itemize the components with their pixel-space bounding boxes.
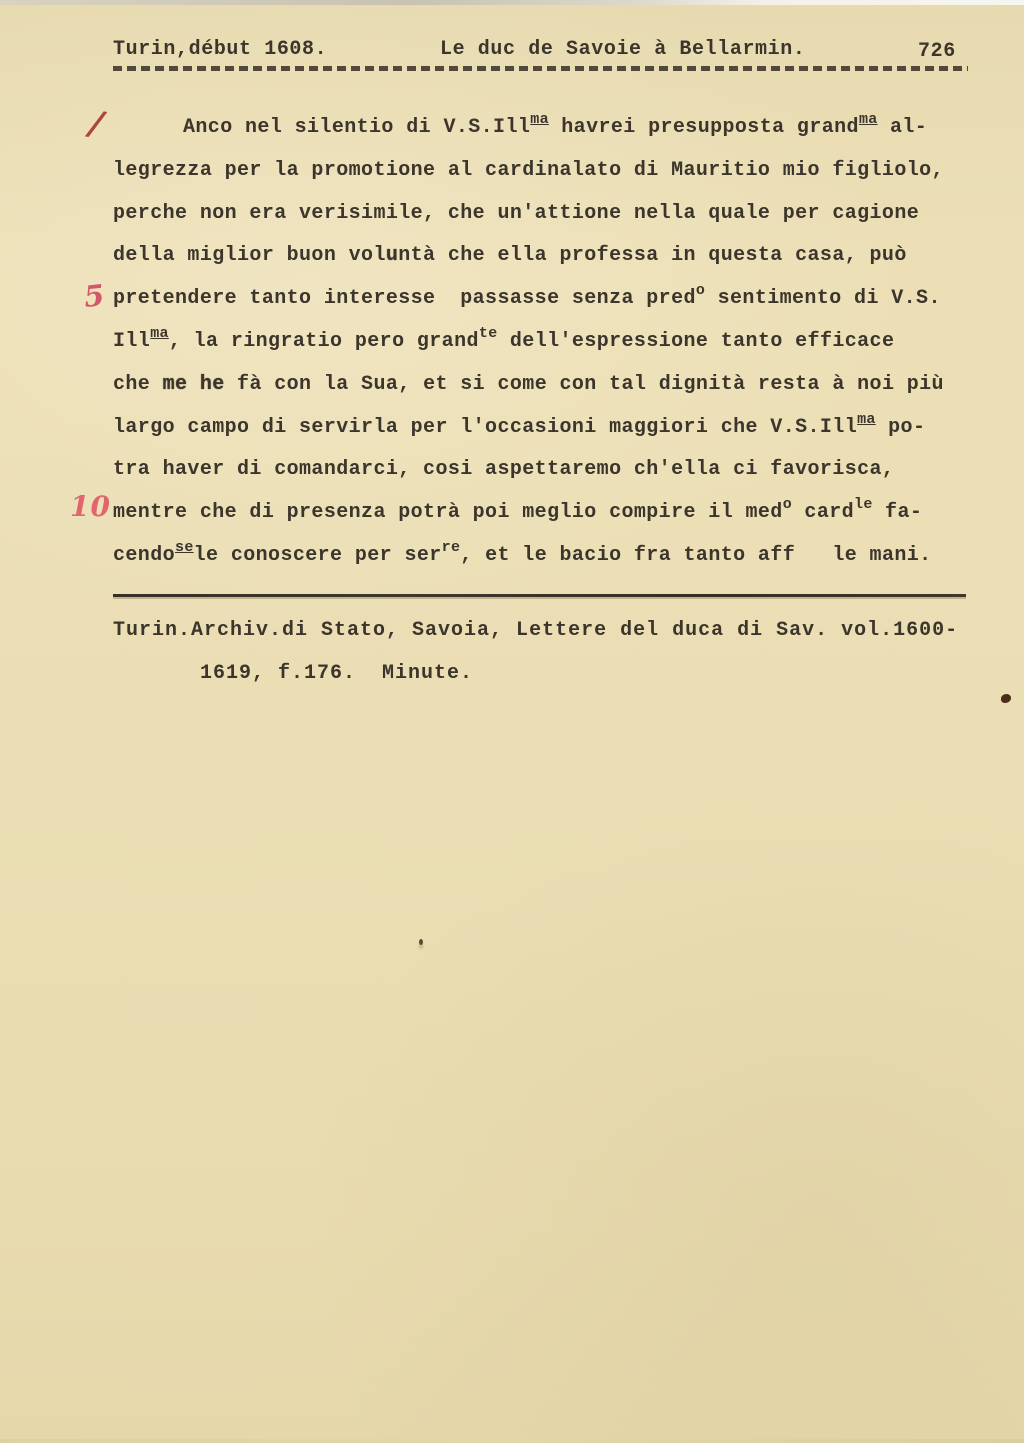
page-number: 726 bbox=[918, 40, 956, 63]
superscript-abbreviation: le bbox=[854, 484, 873, 527]
source-line-2: 1619, f.176. Minute. bbox=[113, 653, 958, 696]
body-line: legrezza per la promotione al cardinalat… bbox=[113, 150, 981, 193]
overstruck-text: me bbox=[163, 373, 188, 396]
body-line: perche non era verisimile, che un'attion… bbox=[113, 193, 981, 236]
document-page: Turin,début 1608. Le duc de Savoie à Bel… bbox=[0, 0, 1024, 1443]
scan-edge-top bbox=[0, 0, 1024, 5]
superscript-abbreviation: ma bbox=[859, 99, 878, 142]
body-text: largo campo di servirla per l'occasioni … bbox=[113, 416, 857, 439]
body-line: tra haver di comandarci, cosi aspettarem… bbox=[113, 449, 981, 492]
margin-line-number: 5 bbox=[82, 278, 106, 314]
body-line: che me he fà con la Sua, et si come con … bbox=[113, 364, 981, 407]
ink-spot bbox=[1001, 694, 1011, 703]
superscript-abbreviation: te bbox=[479, 313, 498, 356]
body-text: fa- bbox=[873, 501, 923, 524]
superscript-abbreviation: ma bbox=[857, 399, 876, 442]
body-text: della miglior buon vol bbox=[113, 244, 386, 267]
body-line: cendosele conoscere per serre, et le bac… bbox=[113, 535, 981, 578]
body-text: tra haver di comandarci, cosi aspettarem… bbox=[113, 458, 894, 481]
margin-line-number: / bbox=[87, 103, 106, 145]
superscript-abbreviation: ma bbox=[530, 99, 549, 142]
scan-edge-bottom bbox=[0, 1439, 1024, 1443]
body-text: ntà che ella professa in questa casa, pu… bbox=[398, 244, 906, 267]
margin-line-number: 10 bbox=[70, 490, 111, 523]
body-text: cendo bbox=[113, 544, 175, 567]
body-text: po- bbox=[876, 416, 926, 439]
body-text: perche non era verisimile, che un'attion… bbox=[113, 202, 919, 225]
body-text: card bbox=[792, 501, 854, 524]
superscript-abbreviation: o bbox=[783, 484, 792, 527]
body-text: dell'espressione tanto efficace bbox=[498, 330, 895, 353]
superscript-abbreviation: re bbox=[442, 527, 461, 570]
header-dateline: Turin,début 1608. bbox=[113, 38, 327, 61]
body-text: le conoscere per ser bbox=[194, 544, 442, 567]
letter-body: Anco nel silentio di V.S.Illma havrei pr… bbox=[113, 107, 981, 578]
ink-speck bbox=[419, 939, 423, 945]
body-text: sentimento di V.S. bbox=[705, 287, 941, 310]
body-line: Illma, la ringratio pero grandte dell'es… bbox=[113, 321, 981, 364]
overstruck-text: he bbox=[200, 373, 225, 396]
body-line: largo campo di servirla per l'occasioni … bbox=[113, 407, 981, 450]
body-text: havrei presupposta grand bbox=[549, 116, 859, 139]
body-text: che bbox=[113, 373, 163, 396]
body-line: mentre che di presenza potrà poi meglio … bbox=[113, 492, 981, 535]
body-text bbox=[187, 373, 199, 396]
body-line: della miglior buon voluntà che ella prof… bbox=[113, 235, 981, 278]
superscript-abbreviation: se bbox=[175, 527, 194, 570]
header-dashed-rule bbox=[113, 66, 968, 71]
superscript-abbreviation: ma bbox=[150, 313, 169, 356]
body-text: Ill bbox=[113, 330, 150, 353]
body-text: Anco nel silentio di V.S.Ill bbox=[183, 116, 530, 139]
body-text: pretendere tanto interesse passasse senz… bbox=[113, 287, 696, 310]
body-text: al- bbox=[878, 116, 928, 139]
body-line: Anco nel silentio di V.S.Illma havrei pr… bbox=[113, 107, 981, 150]
overstruck-text: u bbox=[386, 244, 398, 267]
body-text: mentre che di presenza potrà poi meglio … bbox=[113, 501, 783, 524]
body-text: legrezza per la promotione al cardinalat… bbox=[113, 159, 944, 182]
body-text: , et le bacio fra tanto aff le mani. bbox=[460, 544, 931, 567]
source-citation: Turin.Archiv.di Stato, Savoia, Lettere d… bbox=[113, 610, 958, 695]
superscript-abbreviation: o bbox=[696, 270, 705, 313]
body-line: pretendere tanto interesse passasse senz… bbox=[113, 278, 981, 321]
body-text: fà con la Sua, et si come con tal dignit… bbox=[225, 373, 944, 396]
citation-rule bbox=[113, 594, 966, 597]
body-text: , la ringratio pero grand bbox=[169, 330, 479, 353]
source-line-1: Turin.Archiv.di Stato, Savoia, Lettere d… bbox=[113, 610, 958, 653]
header-title: Le duc de Savoie à Bellarmin. bbox=[440, 38, 805, 61]
